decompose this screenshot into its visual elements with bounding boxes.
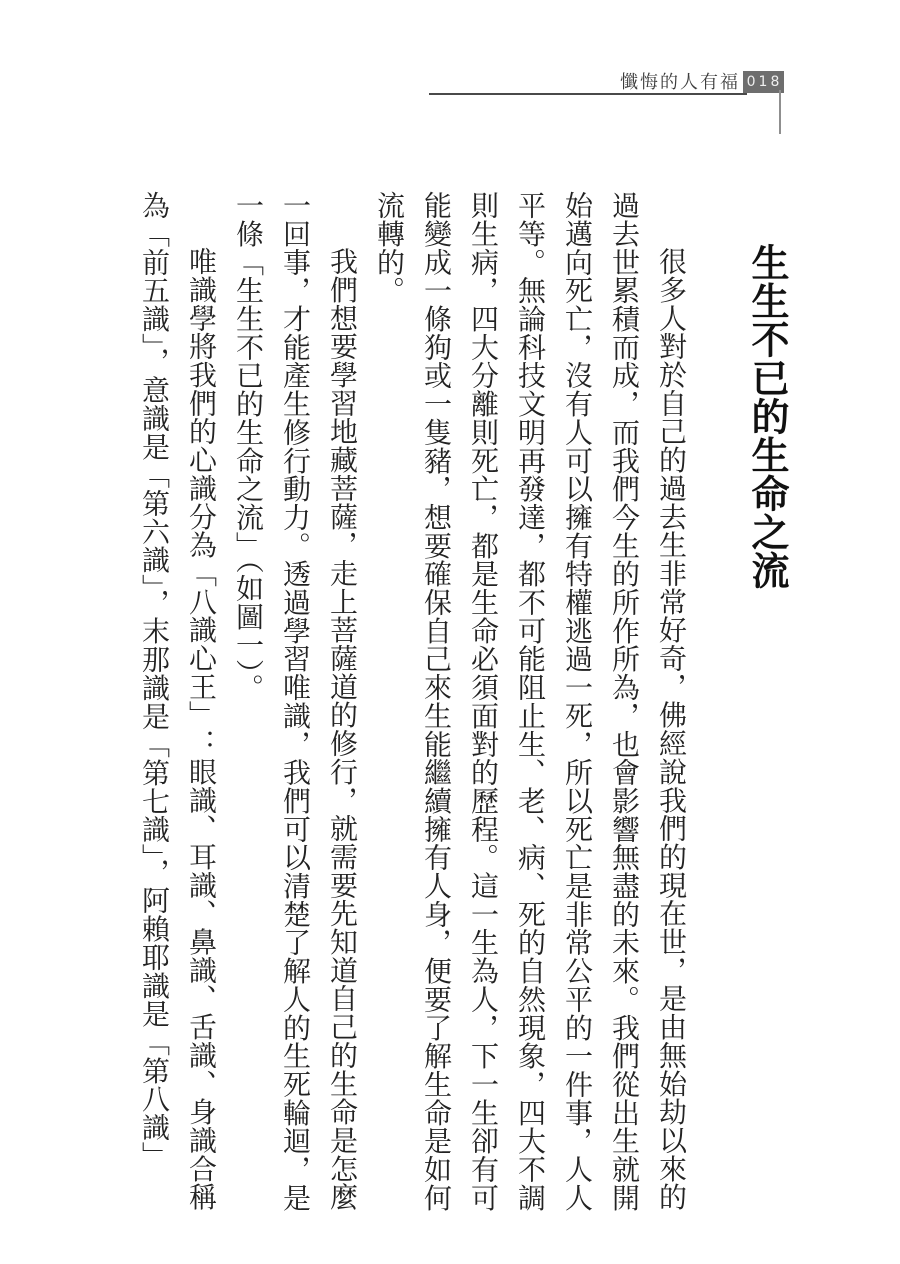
article-body: 很多人對於自己的過去生非常好奇，佛經說我們的現在世，是由無始劫以來的過去世累積而…: [131, 191, 695, 1213]
paragraph-2: 我們想要學習地藏菩薩，走上菩薩道的修行，就需要先知道自己的生命是怎麼一回事，才能…: [225, 191, 366, 1213]
page-number-badge: 018: [743, 71, 784, 93]
book-page: 懺悔的人有福 018 生生不已的生命之流 很多人對於自己的過去生非常好奇，佛經說…: [0, 0, 900, 1264]
header-corner-tick: [779, 90, 781, 134]
chapter-title: 生生不已的生命之流: [748, 243, 786, 590]
running-title: 懺悔的人有福: [620, 68, 740, 94]
paragraph-1: 很多人對於自己的過去生非常好奇，佛經說我們的現在世，是由無始劫以來的過去世累積而…: [366, 191, 695, 1213]
header-rule: [429, 93, 747, 95]
paragraph-3: 唯識學將我們的心識分為「八識心王」：眼識、耳識、鼻識、舌識、身識合稱為「前五識」…: [131, 191, 225, 1213]
